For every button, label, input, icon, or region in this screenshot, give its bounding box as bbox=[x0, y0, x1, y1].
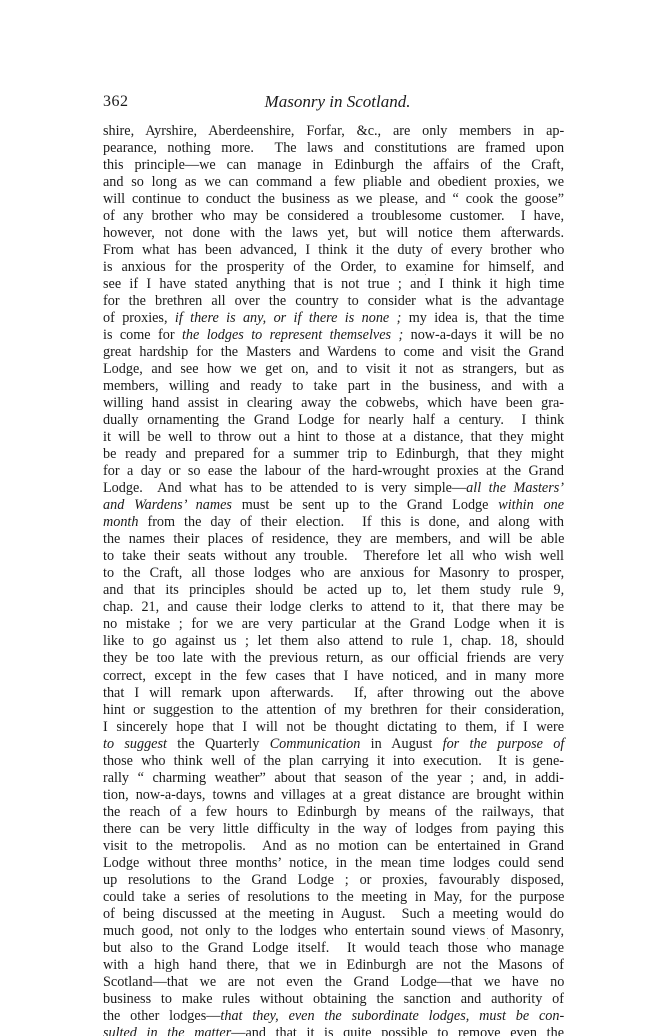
text-line: much good, not only to the lodges who en… bbox=[103, 923, 564, 940]
text-run: hint or suggestion to the attention of m… bbox=[103, 702, 564, 718]
running-head: 362 Masonry in Scotland. bbox=[103, 91, 564, 113]
text-run: for a day or so ease the labour of the h… bbox=[103, 463, 564, 479]
text-line: for a day or so ease the labour of the h… bbox=[103, 463, 564, 480]
text-line: however, not done with the laws yet, but… bbox=[103, 225, 564, 242]
text-line: of proxies, if there is any, or if there… bbox=[103, 310, 564, 327]
text-line: for the brethren all over the country to… bbox=[103, 293, 564, 310]
text-run: Lodge, and see how we get on, and to vis… bbox=[103, 361, 564, 377]
text-run: dually ornamenting the Grand Lodge for n… bbox=[103, 412, 564, 428]
text-line: is anxious for the prosperity of the Ord… bbox=[103, 259, 564, 276]
text-line: with a high hand there, that we in Edinb… bbox=[103, 957, 564, 974]
text-line: From what has been advanced, I think it … bbox=[103, 242, 564, 259]
text-line: up resolutions to the Grand Lodge ; or p… bbox=[103, 872, 564, 889]
text-line: Lodge. And what has to be attended to is… bbox=[103, 480, 564, 497]
italic-text: all the Masters’ bbox=[466, 480, 564, 496]
text-run: but also to the Grand Lodge itself. It w… bbox=[103, 940, 564, 956]
text-run: must be sent up to the Grand Lodge bbox=[232, 497, 498, 513]
text-run: it will be well to throw out a hint to t… bbox=[103, 429, 564, 445]
text-run: the Quarterly bbox=[167, 736, 270, 752]
text-run: correct, except in the few cases that I … bbox=[103, 668, 564, 684]
text-line: chap. 21, and cause their lodge clerks t… bbox=[103, 599, 564, 616]
text-run: is anxious for the prosperity of the Ord… bbox=[103, 259, 564, 275]
text-run: and that its principles should be acted … bbox=[103, 582, 564, 598]
text-run: my idea is, that the time bbox=[401, 310, 564, 326]
text-line: shire, Ayrshire, Aberdeenshire, Forfar, … bbox=[103, 123, 564, 140]
text-run: business to make rules without obtaining… bbox=[103, 991, 564, 1007]
text-run: shire, Ayrshire, Aberdeenshire, Forfar, … bbox=[103, 123, 564, 139]
text-run: —and that it is quite possible to remove… bbox=[231, 1025, 564, 1036]
text-line: correct, except in the few cases that I … bbox=[103, 668, 564, 685]
text-line: I sincerely hope that I will not be thou… bbox=[103, 719, 564, 736]
text-line: tion, now-a-days, towns and villages at … bbox=[103, 787, 564, 804]
italic-text: within one bbox=[498, 497, 564, 513]
italic-text: for the purpose of bbox=[443, 736, 565, 752]
text-line: the other lodges—that they, even the sub… bbox=[103, 1008, 564, 1025]
text-run: could take a series of resolutions to th… bbox=[103, 889, 564, 905]
text-line: it will be well to throw out a hint to t… bbox=[103, 429, 564, 446]
text-run: to take their seats without any trouble.… bbox=[103, 548, 564, 564]
italic-text: the lodges to represent themselves ; bbox=[182, 327, 403, 343]
text-run: see if I have stated anything that is no… bbox=[103, 276, 564, 292]
text-line: see if I have stated anything that is no… bbox=[103, 276, 564, 293]
text-run: great hardship for the Masters and Warde… bbox=[103, 344, 564, 360]
text-line: the names their places of residence, the… bbox=[103, 531, 564, 548]
text-run: the reach of a few hours to Edinburgh by… bbox=[103, 804, 564, 820]
text-line: and Wardens’ names must be sent up to th… bbox=[103, 497, 564, 514]
text-line: like to go against us ; let them also at… bbox=[103, 633, 564, 650]
text-run: of being discussed at the meeting in Aug… bbox=[103, 906, 564, 922]
text-run: no mistake ; for we are very particular … bbox=[103, 616, 564, 632]
text-line: sulted in the matter—and that it is quit… bbox=[103, 1025, 564, 1036]
text-run: that I will remark upon afterwards. If, … bbox=[103, 685, 564, 701]
text-line: is come for the lodges to represent them… bbox=[103, 327, 564, 344]
text-run: however, not done with the laws yet, but… bbox=[103, 225, 564, 241]
text-run: From what has been advanced, I think it … bbox=[103, 242, 564, 258]
italic-text: month bbox=[103, 514, 138, 530]
text-line: that I will remark upon afterwards. If, … bbox=[103, 685, 564, 702]
scan-speck bbox=[487, 938, 488, 939]
text-line: no mistake ; for we are very particular … bbox=[103, 616, 564, 633]
text-run: visit to the metropolis. And as no motio… bbox=[103, 838, 564, 854]
text-run: of proxies, bbox=[103, 310, 175, 326]
text-line: great hardship for the Masters and Warde… bbox=[103, 344, 564, 361]
text-line: those who think well of the plan carryin… bbox=[103, 753, 564, 770]
text-line: hint or suggestion to the attention of m… bbox=[103, 702, 564, 719]
text-line: dually ornamenting the Grand Lodge for n… bbox=[103, 412, 564, 429]
text-line: visit to the metropolis. And as no motio… bbox=[103, 838, 564, 855]
text-line: pearance, nothing more. The laws and con… bbox=[103, 140, 564, 157]
text-run: of any brother who may be considered a t… bbox=[103, 208, 564, 224]
text-line: to suggest the Quarterly Communication i… bbox=[103, 736, 564, 753]
scan-speck bbox=[425, 274, 426, 275]
text-run: Scotland—that we are not even the Grand … bbox=[103, 974, 564, 990]
italic-text: sulted in the matter bbox=[103, 1025, 231, 1036]
text-run: much good, not only to the lodges who en… bbox=[103, 923, 564, 939]
text-run: for the brethren all over the country to… bbox=[103, 293, 564, 309]
text-line: this principle—we can manage in Edinburg… bbox=[103, 157, 564, 174]
text-line: they be too late with the previous retur… bbox=[103, 650, 564, 667]
text-run: chap. 21, and cause their lodge clerks t… bbox=[103, 599, 564, 615]
text-run: rally “ charming weather” about that sea… bbox=[103, 770, 564, 786]
text-line: be ready and prepared for a summer trip … bbox=[103, 446, 564, 463]
text-run: is come for bbox=[103, 327, 182, 343]
text-run: there can be very little difficulty in t… bbox=[103, 821, 564, 837]
text-line: of any brother who may be considered a t… bbox=[103, 208, 564, 225]
running-title: Masonry in Scotland. bbox=[103, 91, 564, 113]
text-line: there can be very little difficulty in t… bbox=[103, 821, 564, 838]
italic-text: to suggest bbox=[103, 736, 167, 752]
text-run: those who think well of the plan carryin… bbox=[103, 753, 564, 769]
text-run: tion, now-a-days, towns and villages at … bbox=[103, 787, 564, 803]
text-line: of being discussed at the meeting in Aug… bbox=[103, 906, 564, 923]
text-run: pearance, nothing more. The laws and con… bbox=[103, 140, 564, 156]
text-run: will continue to conduct the business as… bbox=[103, 191, 564, 207]
text-line: Lodge without three months’ notice, in t… bbox=[103, 855, 564, 872]
text-run: Lodge. And what has to be attended to is… bbox=[103, 480, 466, 496]
italic-text: that they, even the subordinate lodges, … bbox=[220, 1008, 564, 1024]
text-run: and so long as we can command a few plia… bbox=[103, 174, 564, 190]
text-line: rally “ charming weather” about that sea… bbox=[103, 770, 564, 787]
italic-text: Communication bbox=[270, 736, 361, 752]
body-text: shire, Ayrshire, Aberdeenshire, Forfar, … bbox=[103, 123, 564, 1036]
italic-text: and Wardens’ names bbox=[103, 497, 232, 513]
text-line: the reach of a few hours to Edinburgh by… bbox=[103, 804, 564, 821]
text-line: willing hand assist in clearing away the… bbox=[103, 395, 564, 412]
text-run: in August bbox=[360, 736, 442, 752]
text-run: be ready and prepared for a summer trip … bbox=[103, 446, 564, 462]
text-run: members, willing and ready to take part … bbox=[103, 378, 564, 394]
text-run: now-a-days it will be no bbox=[403, 327, 564, 343]
text-run: I sincerely hope that I will not be thou… bbox=[103, 719, 564, 735]
text-line: but also to the Grand Lodge itself. It w… bbox=[103, 940, 564, 957]
italic-text: if there is any, or if there is none ; bbox=[175, 310, 401, 326]
text-line: to the Craft, all those lodges who are a… bbox=[103, 565, 564, 582]
text-line: month from the day of their election. If… bbox=[103, 514, 564, 531]
text-run: to the Craft, all those lodges who are a… bbox=[103, 565, 564, 581]
text-line: Scotland—that we are not even the Grand … bbox=[103, 974, 564, 991]
text-line: could take a series of resolutions to th… bbox=[103, 889, 564, 906]
text-run: this principle—we can manage in Edinburg… bbox=[103, 157, 564, 173]
text-line: members, willing and ready to take part … bbox=[103, 378, 564, 395]
text-run: they be too late with the previous retur… bbox=[103, 650, 564, 666]
text-run: up resolutions to the Grand Lodge ; or p… bbox=[103, 872, 564, 888]
text-line: to take their seats without any trouble.… bbox=[103, 548, 564, 565]
text-run: like to go against us ; let them also at… bbox=[103, 633, 564, 649]
text-line: business to make rules without obtaining… bbox=[103, 991, 564, 1008]
text-run: the names their places of residence, the… bbox=[103, 531, 564, 547]
text-run: Lodge without three months’ notice, in t… bbox=[103, 855, 564, 871]
book-page: 362 Masonry in Scotland. shire, Ayrshire… bbox=[0, 0, 668, 1036]
text-line: will continue to conduct the business as… bbox=[103, 191, 564, 208]
text-run: from the day of their election. If this … bbox=[138, 514, 564, 530]
text-run: with a high hand there, that we in Edinb… bbox=[103, 957, 564, 973]
text-run: the other lodges— bbox=[103, 1008, 220, 1024]
text-line: and that its principles should be acted … bbox=[103, 582, 564, 599]
text-run: willing hand assist in clearing away the… bbox=[103, 395, 564, 411]
text-line: Lodge, and see how we get on, and to vis… bbox=[103, 361, 564, 378]
text-line: and so long as we can command a few plia… bbox=[103, 174, 564, 191]
